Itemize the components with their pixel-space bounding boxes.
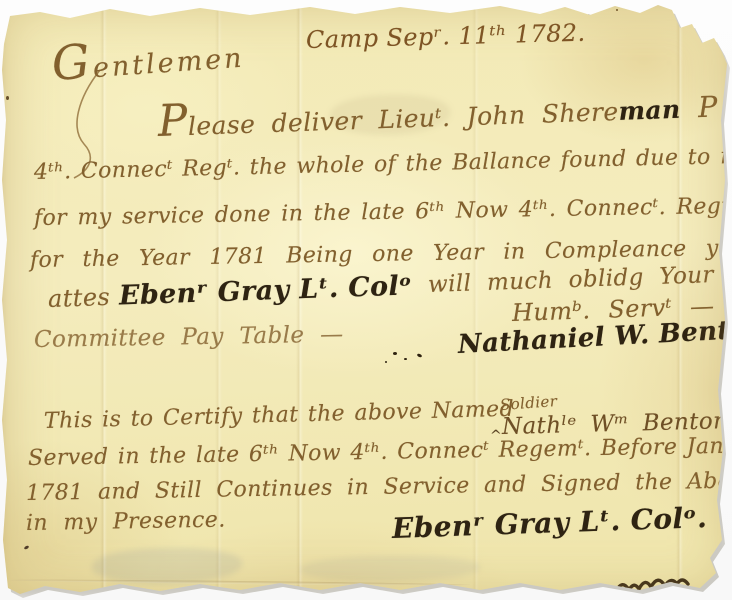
cert-line-2: Served in the late 6ᵗʰ Now 4ᵗʰ. Connecᵗ … [28,433,732,471]
overwritten-ink: man [618,95,681,126]
body-line-1-text: Please deliver Lieuᵗ. John Shere [158,97,619,142]
ink-speck [24,545,30,550]
cert-line-3: 1781 and Still Continues in Service and … [26,468,732,506]
gray-signature: Ebenʳ Gray Lᵗ. Colᵒ. [391,501,707,545]
ink-speck [616,9,618,11]
body-line-2: 4ᵗʰ. Connecᵗ Regᵗ. the whole of the Ball… [34,144,732,185]
attest-label: attes [48,283,111,313]
cert-line-1: This is to Certify that the above Named [44,397,515,434]
inserted-word-soldier: Soldier [499,392,557,414]
ink-speck [404,358,407,360]
cert-line-4: in my Presence. [26,508,226,536]
ink-speck [6,96,9,100]
ink-bleed-through [300,556,480,582]
ink-speck [588,12,591,15]
gray-attest-signature-name: Ebenʳ Gray Lᵗ. Colᵒ [118,270,412,311]
ink-speck [393,352,397,355]
committee-pay-table-line: Committee Pay Table — [34,322,344,353]
ink-speck [385,361,387,363]
aged-paper-sheet: Camp Sepʳ. 11ᵗʰ 1782. Gentlemen Please d… [0,0,732,600]
body-line-1: Please deliver Lieuᵗ. John Shereman P M [157,83,732,143]
scanned-document-page: Camp Sepʳ. 11ᵗʰ 1782. Gentlemen Please d… [0,0,732,600]
dateline: Camp Sepʳ. 11ᵗʰ 1782. [306,19,586,54]
ink-speck [417,353,423,358]
body-line-3: for my service done in the late 6ᵗʰ Now … [34,193,732,231]
